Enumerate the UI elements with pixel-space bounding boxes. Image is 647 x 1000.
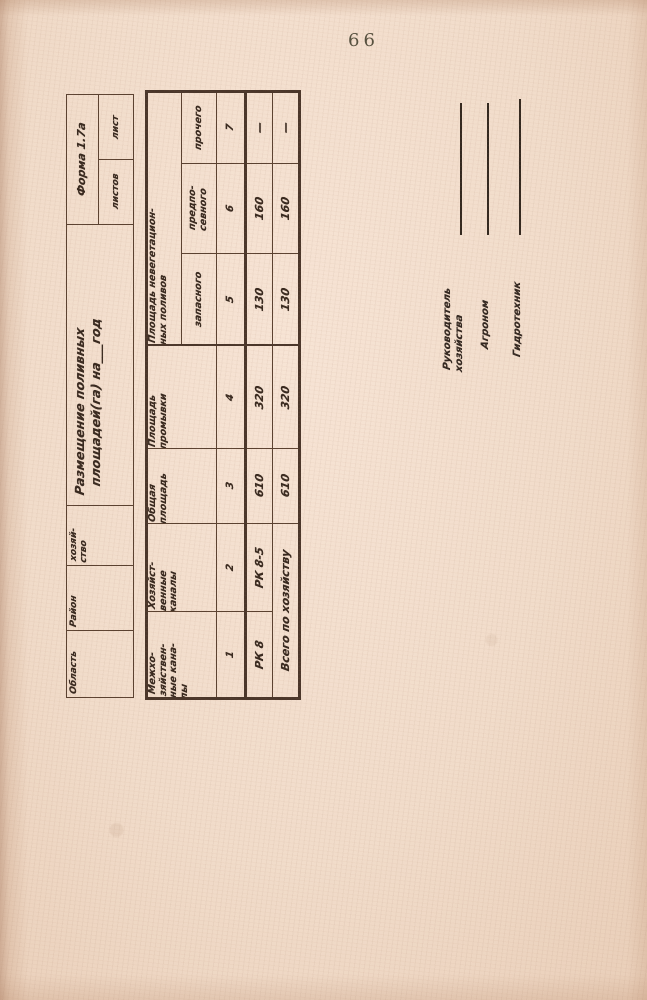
cell-canal2: РК 8-5 [246,524,273,612]
sheets-total-label: листов [99,159,133,224]
oblast-cell: Область [67,630,133,697]
page-number: 66 [348,30,379,51]
header-other: прочего [182,91,217,163]
cell-other: — [273,91,300,163]
cell-reserve: 130 [273,254,300,346]
signature-block: Руководитель хозяйства Агроном Гидротехн… [440,103,545,375]
table-row-total: Всего по хозяйству 610 320 130 160 — [273,91,300,698]
header-presowing: предпо- севного [182,164,217,254]
table-row: РК 8 РК 8-5 610 320 130 160 — [246,91,273,698]
cell-total: 610 [246,449,273,524]
col-num-7: 7 [217,91,246,163]
header-reserve: запасного [182,254,217,346]
scanned-page: 66 Область Район хозяй- ство Размещение … [0,0,647,1000]
header-farm-canals: Хозяйст- венные каналы [147,524,217,612]
sheets-cell: листов лист [99,95,133,224]
col-num-3: 3 [217,449,246,524]
signature-line [519,99,521,235]
col-num-5: 5 [217,254,246,346]
col-num-1: 1 [217,612,246,699]
cell-presowing: 160 [273,164,300,254]
col-num-2: 2 [217,524,246,612]
form-code: Форма 1.7а [67,95,99,224]
signature-line [460,103,462,235]
raion-cell: Район [67,565,133,630]
oblast-label: Область [69,650,79,695]
form-title-line1: Размещение поливных [72,326,88,496]
form-title-line2: площадей(га) на___год [88,316,104,487]
hydrotechnician-label: Гидротехник [512,234,524,376]
irrigation-table: Межхо- зяйствен- ные кана- лы Хозяйст- в… [145,90,301,700]
cell-washing: 320 [246,346,273,449]
irrigation-form: Область Район хозяй- ство Размещение пол… [66,93,302,700]
form-code-cell: Форма 1.7а листов лист [67,95,133,224]
header-nonvegetation-group: Площадь невегетацион- ных поливов [147,91,182,345]
cell-washing: 320 [273,346,300,449]
column-numbers-row: 1 2 3 4 5 6 7 [217,91,246,698]
table-header-row-1: Межхо- зяйствен- ные кана- лы Хозяйст- в… [147,91,182,698]
col-num-6: 6 [217,164,246,254]
cell-total: 610 [273,449,300,524]
form-header-strip: Область Район хозяй- ство Размещение пол… [66,94,134,698]
cell-reserve: 130 [246,254,273,346]
raion-label: Район [69,595,79,628]
khozyaystvo-label: хозяй- ство [69,528,90,565]
col-num-4: 4 [217,346,246,449]
signature-line [487,103,489,235]
signature-row-manager: Руководитель хозяйства [442,103,465,375]
sheet-number-label: лист [99,95,133,159]
signature-row-hydrotechnician: Гидротехник [512,103,524,375]
cell-other: — [246,91,273,163]
agronomist-label: Агроном [480,234,492,376]
header-washing-area: Площадь промывки [147,346,217,449]
cell-canal1: РК 8 [246,612,273,699]
manager-label: Руководитель хозяйства [442,233,465,377]
khozyaystvo-cell: хозяй- ство [67,505,133,566]
header-interfarm-canals: Межхо- зяйствен- ные кана- лы [147,612,217,699]
cell-total-label: Всего по хозяйству [273,524,300,699]
signature-row-agronomist: Агроном [480,103,492,375]
form-title-cell: Размещение поливных площадей(га) на___го… [67,224,133,505]
header-total-area: Общая площадь [147,449,217,524]
cell-presowing: 160 [246,164,273,254]
